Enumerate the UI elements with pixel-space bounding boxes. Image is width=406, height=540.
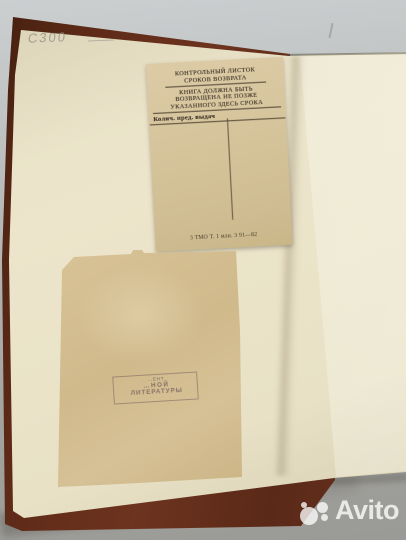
library-stamp-text: …ЕНТ …НОЙ ЛИТЕРАТУРЫ <box>113 372 199 404</box>
library-return-slip: КОНТРОЛЬНЫЙ ЛИСТОК СРОКОВ ВОЗВРАТА КНИГА… <box>146 57 293 252</box>
library-stamp: …ЕНТ …НОЙ ЛИТЕРАТУРЫ <box>112 371 199 404</box>
avito-watermark-text: Avito <box>335 495 399 526</box>
book-pocket <box>55 246 245 491</box>
book-photo: С300 КОНТРОЛЬНЫЙ ЛИСТОК СРОКОВ ВОЗВРАТА … <box>0 0 406 540</box>
avito-logo-icon <box>321 514 328 521</box>
avito-logo-icon <box>300 507 318 525</box>
slip-table-divider <box>227 118 233 219</box>
pencil-note: С300 <box>27 29 68 45</box>
slip-imprint: 3 ТМО Т. 1 млн. 3 91—82 <box>155 230 292 243</box>
return-slip-content: КОНТРОЛЬНЫЙ ЛИСТОК СРОКОВ ВОЗВРАТА КНИГА… <box>146 57 293 252</box>
avito-watermark: Avito <box>292 496 406 540</box>
avito-logo-icon <box>317 502 328 513</box>
